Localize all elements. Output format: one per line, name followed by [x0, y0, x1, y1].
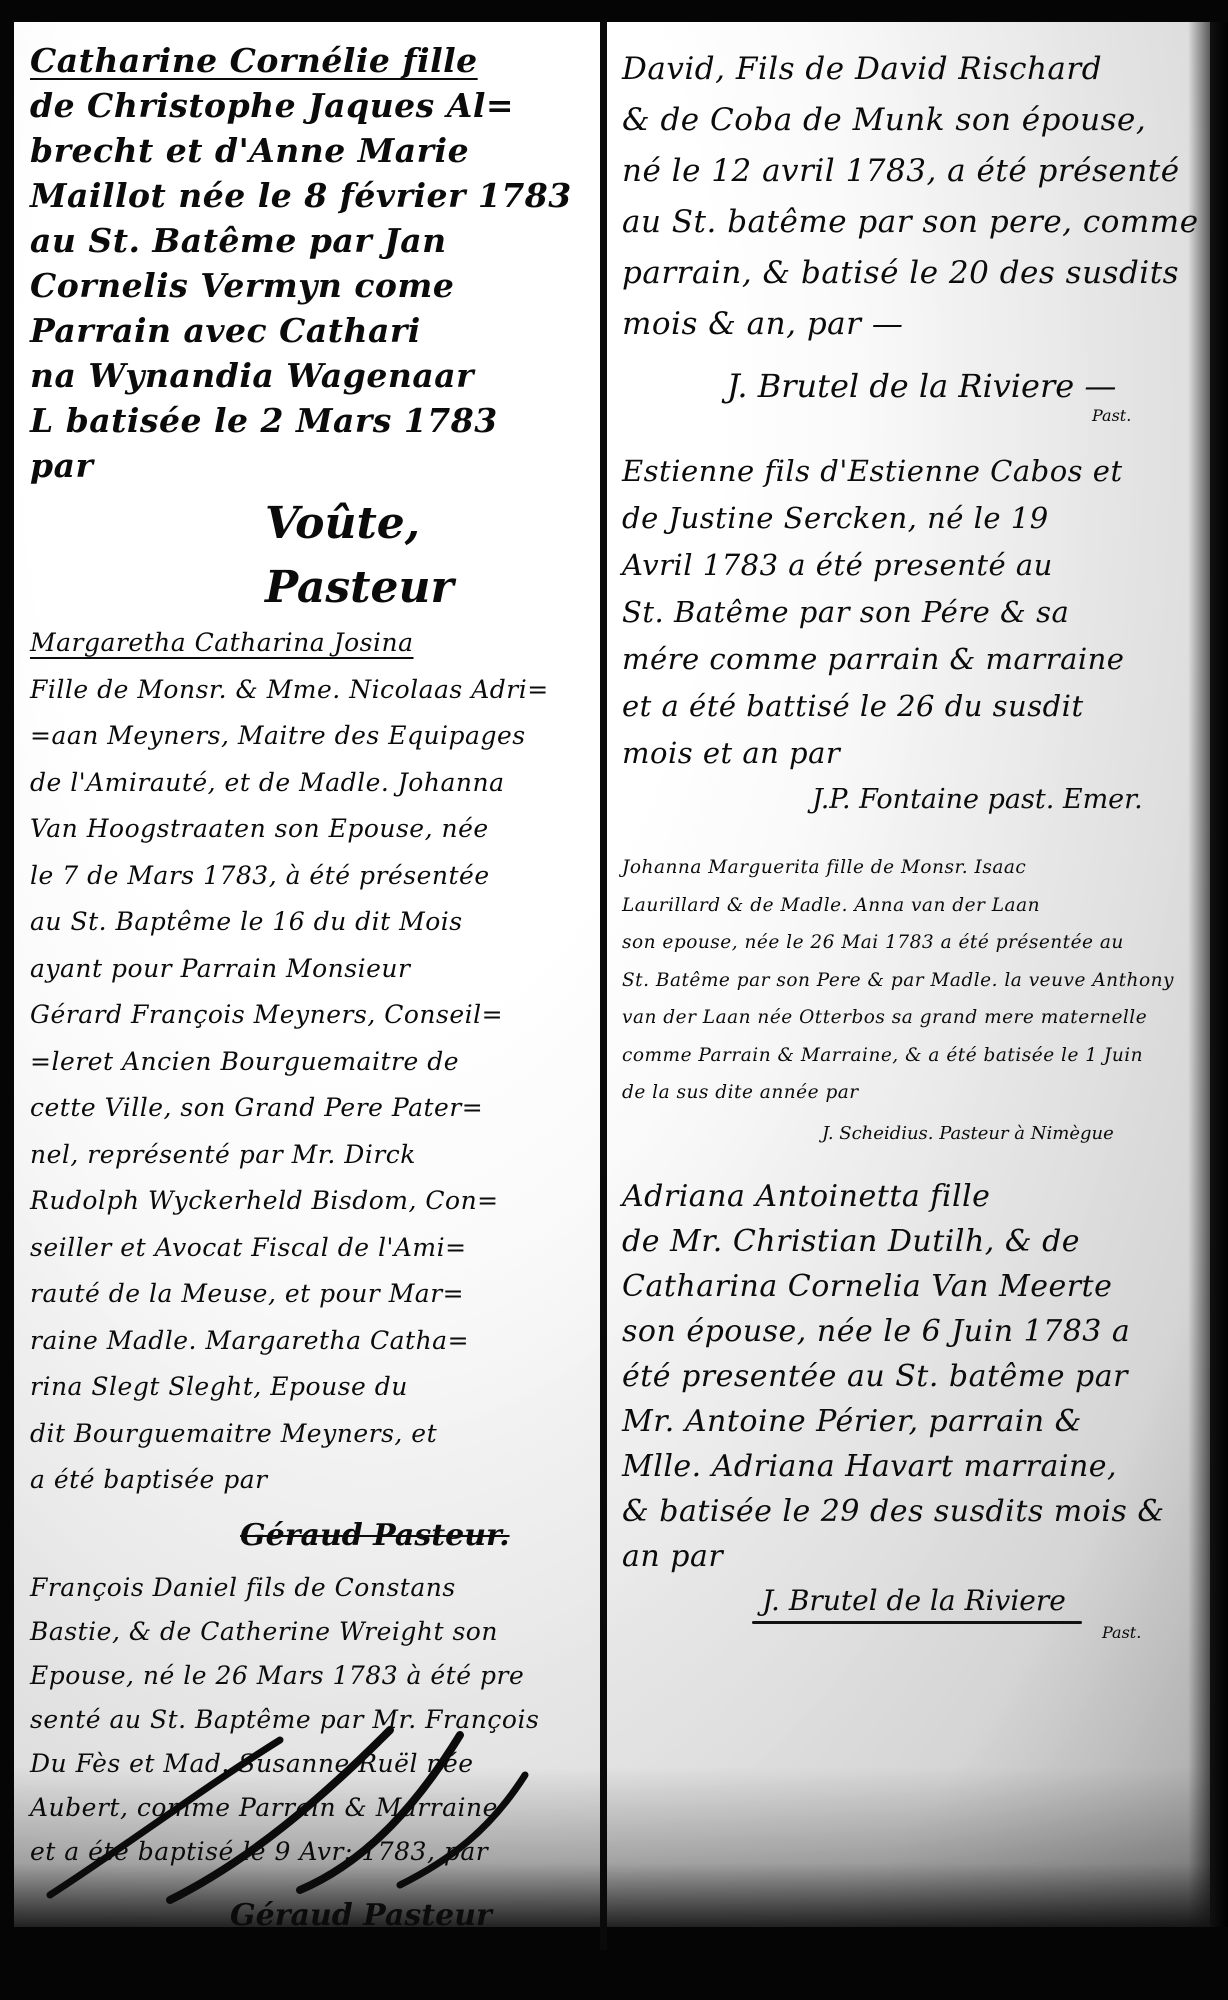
entry-line: rauté de la Meuse, et pour Mar=: [30, 1271, 595, 1318]
baptism-entry-david: David, Fils de David Rischard & de Coba …: [622, 44, 1197, 350]
entry-line: Adriana Antoinetta fille: [622, 1174, 1197, 1219]
pastor-signature-scheidius: J. Scheidius. Pasteur à Nimègue: [822, 1116, 1197, 1152]
entry-line: L batisée le 2 Mars 1783: [30, 398, 595, 443]
baptism-entry-margaretha-catharina-josina: Margaretha Catharina Josina Fille de Mon…: [30, 620, 595, 1504]
entry-line: Rudolph Wyckerheld Bisdom, Con=: [30, 1178, 595, 1225]
entry-line: par: [30, 443, 595, 488]
entry-line: an par: [622, 1534, 1197, 1579]
entry-line: seiller et Avocat Fiscal de l'Ami=: [30, 1225, 595, 1272]
pastor-signature-brutel: J. Brutel de la Riviere —: [727, 366, 1197, 406]
left-column: Catharine Cornélie fille de Christophe J…: [30, 30, 595, 1946]
column-divider: [600, 20, 607, 1950]
entry-line: de Mr. Christian Dutilh, & de: [622, 1219, 1197, 1264]
baptism-entry-catharine-cornelie: Catharine Cornélie fille de Christophe J…: [30, 38, 595, 488]
entry-line: David, Fils de David Rischard: [622, 44, 1197, 95]
entry-line: comme Parrain & Marraine, & a été batisé…: [622, 1037, 1197, 1075]
pastor-title: Past.: [1102, 1624, 1197, 1642]
entry-line: =leret Ancien Bourguemaitre de: [30, 1039, 595, 1086]
entry-line: de Christophe Jaques Al=: [30, 83, 595, 128]
entry-line: dit Bourguemaitre Meyners, et: [30, 1411, 595, 1458]
entry-line: Catharina Cornelia Van Meerte: [622, 1264, 1197, 1309]
pastor-signature-geraud: Géraud Pasteur.: [240, 1506, 595, 1566]
entry-line: de la sus dite année par: [622, 1074, 1197, 1112]
entry-line: au St. Batême par Jan: [30, 218, 595, 263]
entry-line: été presentée au St. batême par: [622, 1354, 1197, 1399]
pastor-title: Past.: [1092, 406, 1197, 426]
entry-line: Epouse, né le 26 Mars 1783 à été pre: [30, 1654, 595, 1698]
entry-line: au St. Baptême le 16 du dit Mois: [30, 899, 595, 946]
entry-line: Fille de Monsr. & Mme. Nicolaas Adri=: [30, 667, 595, 714]
entry-line: et a été battisé le 26 du susdit: [622, 683, 1197, 730]
entry-line: St. Batême par son Pére & sa: [622, 589, 1197, 636]
entry-line: parrain, & batisé le 20 des susdits: [622, 248, 1197, 299]
pastor-signature-brutel-2: J. Brutel de la Riviere: [762, 1583, 1197, 1619]
entry-line: Van Hoogstraaten son Epouse, née: [30, 806, 595, 853]
entry-line: Margaretha Catharina Josina: [30, 620, 595, 667]
entry-line: mére comme parrain & marraine: [622, 636, 1197, 683]
entry-line: a été baptisée par: [30, 1457, 595, 1504]
entry-line: le 7 de Mars 1783, à été présentée: [30, 853, 595, 900]
baptism-entry-johanna-marguerita: Johanna Marguerita fille de Monsr. Isaac…: [622, 849, 1197, 1112]
entry-line: rina Slegt Sleght, Epouse du: [30, 1364, 595, 1411]
entry-line: Maillot née le 8 février 1783: [30, 173, 595, 218]
entry-line: =aan Meyners, Maitre des Equipages: [30, 713, 595, 760]
entry-line: son épouse, née le 6 Juin 1783 a: [622, 1309, 1197, 1354]
entry-line: au St. batême par son pere, comme: [622, 197, 1197, 248]
entry-line: nel, représenté par Mr. Dirck: [30, 1132, 595, 1179]
baptism-entry-adriana-antoinetta: Adriana Antoinetta fille de Mr. Christia…: [622, 1174, 1197, 1579]
entry-line: Laurillard & de Madle. Anna van der Laan: [622, 887, 1197, 925]
entry-line: né le 12 avril 1783, a été présenté: [622, 146, 1197, 197]
pastor-signature-fontaine: J.P. Fontaine past. Emer.: [812, 779, 1197, 821]
entry-line: & de Coba de Munk son épouse,: [622, 95, 1197, 146]
baptism-entry-estienne: Estienne fils d'Estienne Cabos et de Jus…: [622, 448, 1197, 777]
entry-line: St. Batême par son Pere & par Madle. la …: [622, 962, 1197, 1000]
entry-line: brecht et d'Anne Marie: [30, 128, 595, 173]
entry-line: son epouse, née le 26 Mai 1783 a été pré…: [622, 924, 1197, 962]
entry-line: Gérard François Meyners, Conseil=: [30, 992, 595, 1039]
entry-line: de l'Amirauté, et de Madle. Johanna: [30, 760, 595, 807]
entry-line: Parrain avec Cathari: [30, 308, 595, 353]
entry-line: Catharine Cornélie fille: [30, 38, 595, 83]
entry-line: de Justine Sercken, né le 19: [622, 495, 1197, 542]
entry-line: cette Ville, son Grand Pere Pater=: [30, 1085, 595, 1132]
entry-line: Cornelis Vermyn come: [30, 263, 595, 308]
scanned-register-page: Catharine Cornélie fille de Christophe J…: [0, 0, 1228, 2000]
entry-line: mois et an par: [622, 730, 1197, 777]
entry-line: Bastie, & de Catherine Wreight son: [30, 1610, 595, 1654]
entry-line: raine Madle. Margaretha Catha=: [30, 1318, 595, 1365]
entry-line: van der Laan née Otterbos sa grand mere …: [622, 999, 1197, 1037]
entry-line: Mlle. Adriana Havart marraine,: [622, 1444, 1197, 1489]
entry-line: Avril 1783 a été presenté au: [622, 542, 1197, 589]
entry-line: mois & an, par —: [622, 299, 1197, 350]
entry-line: Johanna Marguerita fille de Monsr. Isaac: [622, 849, 1197, 887]
pastor-signature-voute: Voûte, Pasteur: [265, 492, 595, 620]
entry-line: Mr. Antoine Périer, parrain &: [622, 1399, 1197, 1444]
entry-line: ayant pour Parrain Monsieur: [30, 946, 595, 993]
entry-line: Estienne fils d'Estienne Cabos et: [622, 448, 1197, 495]
entry-line: & batisée le 29 des susdits mois &: [622, 1489, 1197, 1534]
right-column: David, Fils de David Rischard & de Coba …: [622, 30, 1197, 1642]
entry-line: na Wynandia Wagenaar: [30, 353, 595, 398]
cancellation-strokes-icon: [30, 1720, 550, 1910]
entry-line: François Daniel fils de Constans: [30, 1566, 595, 1610]
signature-flourish: [752, 1621, 1082, 1624]
